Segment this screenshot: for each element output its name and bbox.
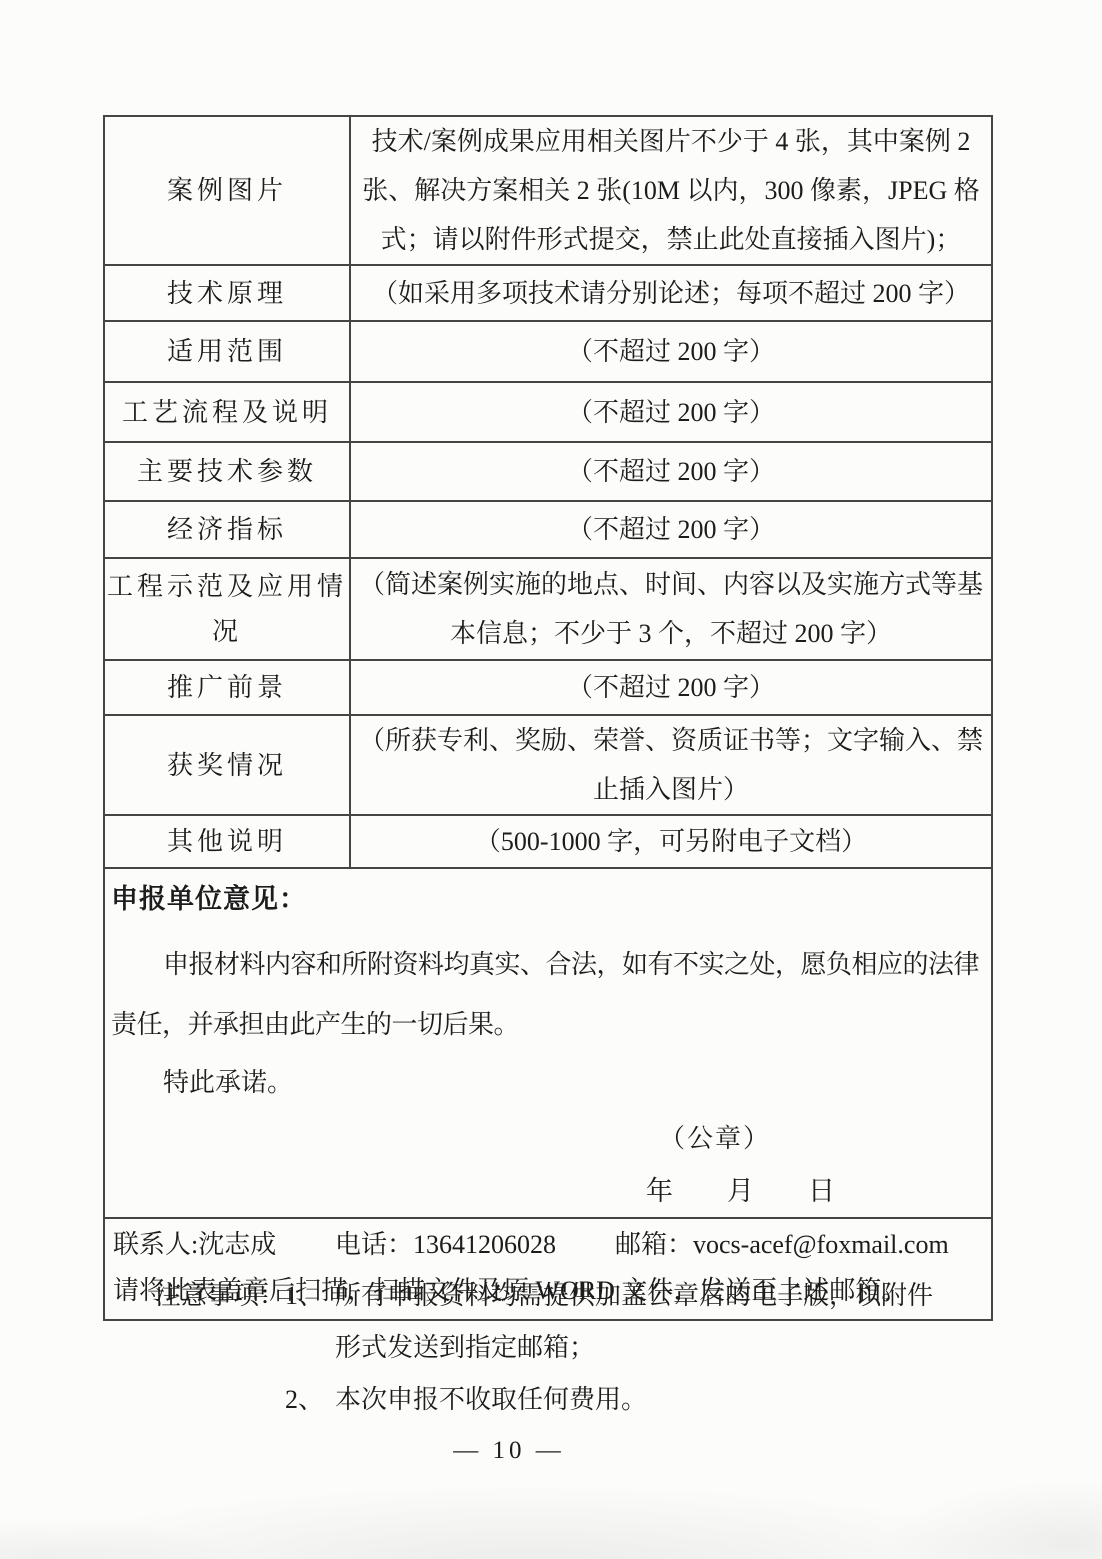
table-row-technical-principle: 技术原理 （如采用多项技术请分别论述；每项不超过 200 字） xyxy=(104,265,992,321)
table-row-declaration: 申报单位意见： 申报材料内容和所附资料均真实、合法，如有不实之处，愿负相应的法律… xyxy=(104,868,992,1218)
table-row-process-flow: 工艺流程及说明 （不超过 200 字） xyxy=(104,382,992,442)
notes-label: 注意事项： xyxy=(155,1270,285,1426)
row-content-other-notes: （500-1000 字，可另附电子文档） xyxy=(350,815,992,868)
table-row-awards: 获奖情况 （所获专利、奖励、荣誉、资质证书等；文字输入、禁止插入图片） xyxy=(104,715,992,815)
contact-person: 联系人:沈志成 xyxy=(113,1223,335,1267)
declaration-promise: 特此承诺。 xyxy=(111,1061,987,1105)
declaration-body: 申报材料内容和所附资料均真实、合法，如有不实之处，愿负相应的法律责任，并承担由此… xyxy=(111,935,987,1055)
table-row-technical-parameters: 主要技术参数 （不超过 200 字） xyxy=(104,442,992,501)
row-content-awards: （所获专利、奖励、荣誉、资质证书等；文字输入、禁止插入图片） xyxy=(350,715,992,815)
row-content-case-images: 技术/案例成果应用相关图片不少于 4 张，其中案例 2 张、解决方案相关 2 张… xyxy=(350,116,992,265)
note-item-2-text: 本次申报不收取任何费用。 xyxy=(335,1374,939,1426)
page-number: — 10 — xyxy=(0,1437,1060,1465)
row-label-case-images: 案例图片 xyxy=(104,116,350,265)
application-form-table: 案例图片 技术/案例成果应用相关图片不少于 4 张，其中案例 2 张、解决方案相… xyxy=(103,115,993,1321)
declaration-cell: 申报单位意见： 申报材料内容和所附资料均真实、合法，如有不实之处，愿负相应的法律… xyxy=(104,868,992,1218)
row-label-technical-principle: 技术原理 xyxy=(104,265,350,321)
contact-line: 联系人:沈志成电话：13641206028邮箱：vocs-acef@foxmai… xyxy=(113,1223,985,1267)
notes-section: 注意事项： 1、 所有申报资料均需提供加盖公章后的电子版，以附件形式发送到指定邮… xyxy=(155,1270,939,1426)
row-label-demonstration: 工程示范及应用情况 xyxy=(104,558,350,660)
declaration-heading: 申报单位意见： xyxy=(111,881,987,917)
table-row-promotion-prospect: 推广前景 （不超过 200 字） xyxy=(104,660,992,715)
row-label-process-flow: 工艺流程及说明 xyxy=(104,382,350,442)
contact-phone: 电话：13641206028 xyxy=(335,1223,615,1267)
row-label-promotion-prospect: 推广前景 xyxy=(104,660,350,715)
row-label-other-notes: 其他说明 xyxy=(104,815,350,868)
scanned-form-page: 案例图片 技术/案例成果应用相关图片不少于 4 张，其中案例 2 张、解决方案相… xyxy=(0,0,1102,1559)
row-content-promotion-prospect: （不超过 200 字） xyxy=(350,660,992,715)
table-row-application-scope: 适用范围 （不超过 200 字） xyxy=(104,321,992,382)
row-label-technical-parameters: 主要技术参数 xyxy=(104,442,350,501)
note-item-2-number: 2、 xyxy=(285,1374,335,1426)
table-row-other-notes: 其他说明 （500-1000 字，可另附电子文档） xyxy=(104,815,992,868)
declaration-seal-placeholder: （公章） xyxy=(111,1121,987,1157)
note-item-1-number: 1、 xyxy=(285,1270,335,1374)
contact-email: 邮箱：vocs-acef@foxmail.com xyxy=(615,1223,949,1267)
row-content-technical-parameters: （不超过 200 字） xyxy=(350,442,992,501)
note-item-1: 1、 所有申报资料均需提供加盖公章后的电子版，以附件形式发送到指定邮箱； xyxy=(285,1270,939,1374)
row-label-awards: 获奖情况 xyxy=(104,715,350,815)
row-content-process-flow: （不超过 200 字） xyxy=(350,382,992,442)
row-content-technical-principle: （如采用多项技术请分别论述；每项不超过 200 字） xyxy=(350,265,992,321)
note-item-1-text: 所有申报资料均需提供加盖公章后的电子版，以附件形式发送到指定邮箱； xyxy=(335,1270,939,1374)
row-label-application-scope: 适用范围 xyxy=(104,321,350,382)
notes-items: 1、 所有申报资料均需提供加盖公章后的电子版，以附件形式发送到指定邮箱； 2、 … xyxy=(285,1270,939,1426)
row-content-demonstration: （简述案例实施的地点、时间、内容以及实施方式等基本信息；不少于 3 个，不超过 … xyxy=(350,558,992,660)
note-item-2: 2、 本次申报不收取任何费用。 xyxy=(285,1374,939,1426)
table-row-case-images: 案例图片 技术/案例成果应用相关图片不少于 4 张，其中案例 2 张、解决方案相… xyxy=(104,116,992,265)
row-label-economic-indicators: 经济指标 xyxy=(104,501,350,558)
table-row-demonstration: 工程示范及应用情况 （简述案例实施的地点、时间、内容以及实施方式等基本信息；不少… xyxy=(104,558,992,660)
row-content-economic-indicators: （不超过 200 字） xyxy=(350,501,992,558)
row-content-application-scope: （不超过 200 字） xyxy=(350,321,992,382)
table-row-economic-indicators: 经济指标 （不超过 200 字） xyxy=(104,501,992,558)
declaration-date-line: 年 月 日 xyxy=(111,1173,987,1209)
